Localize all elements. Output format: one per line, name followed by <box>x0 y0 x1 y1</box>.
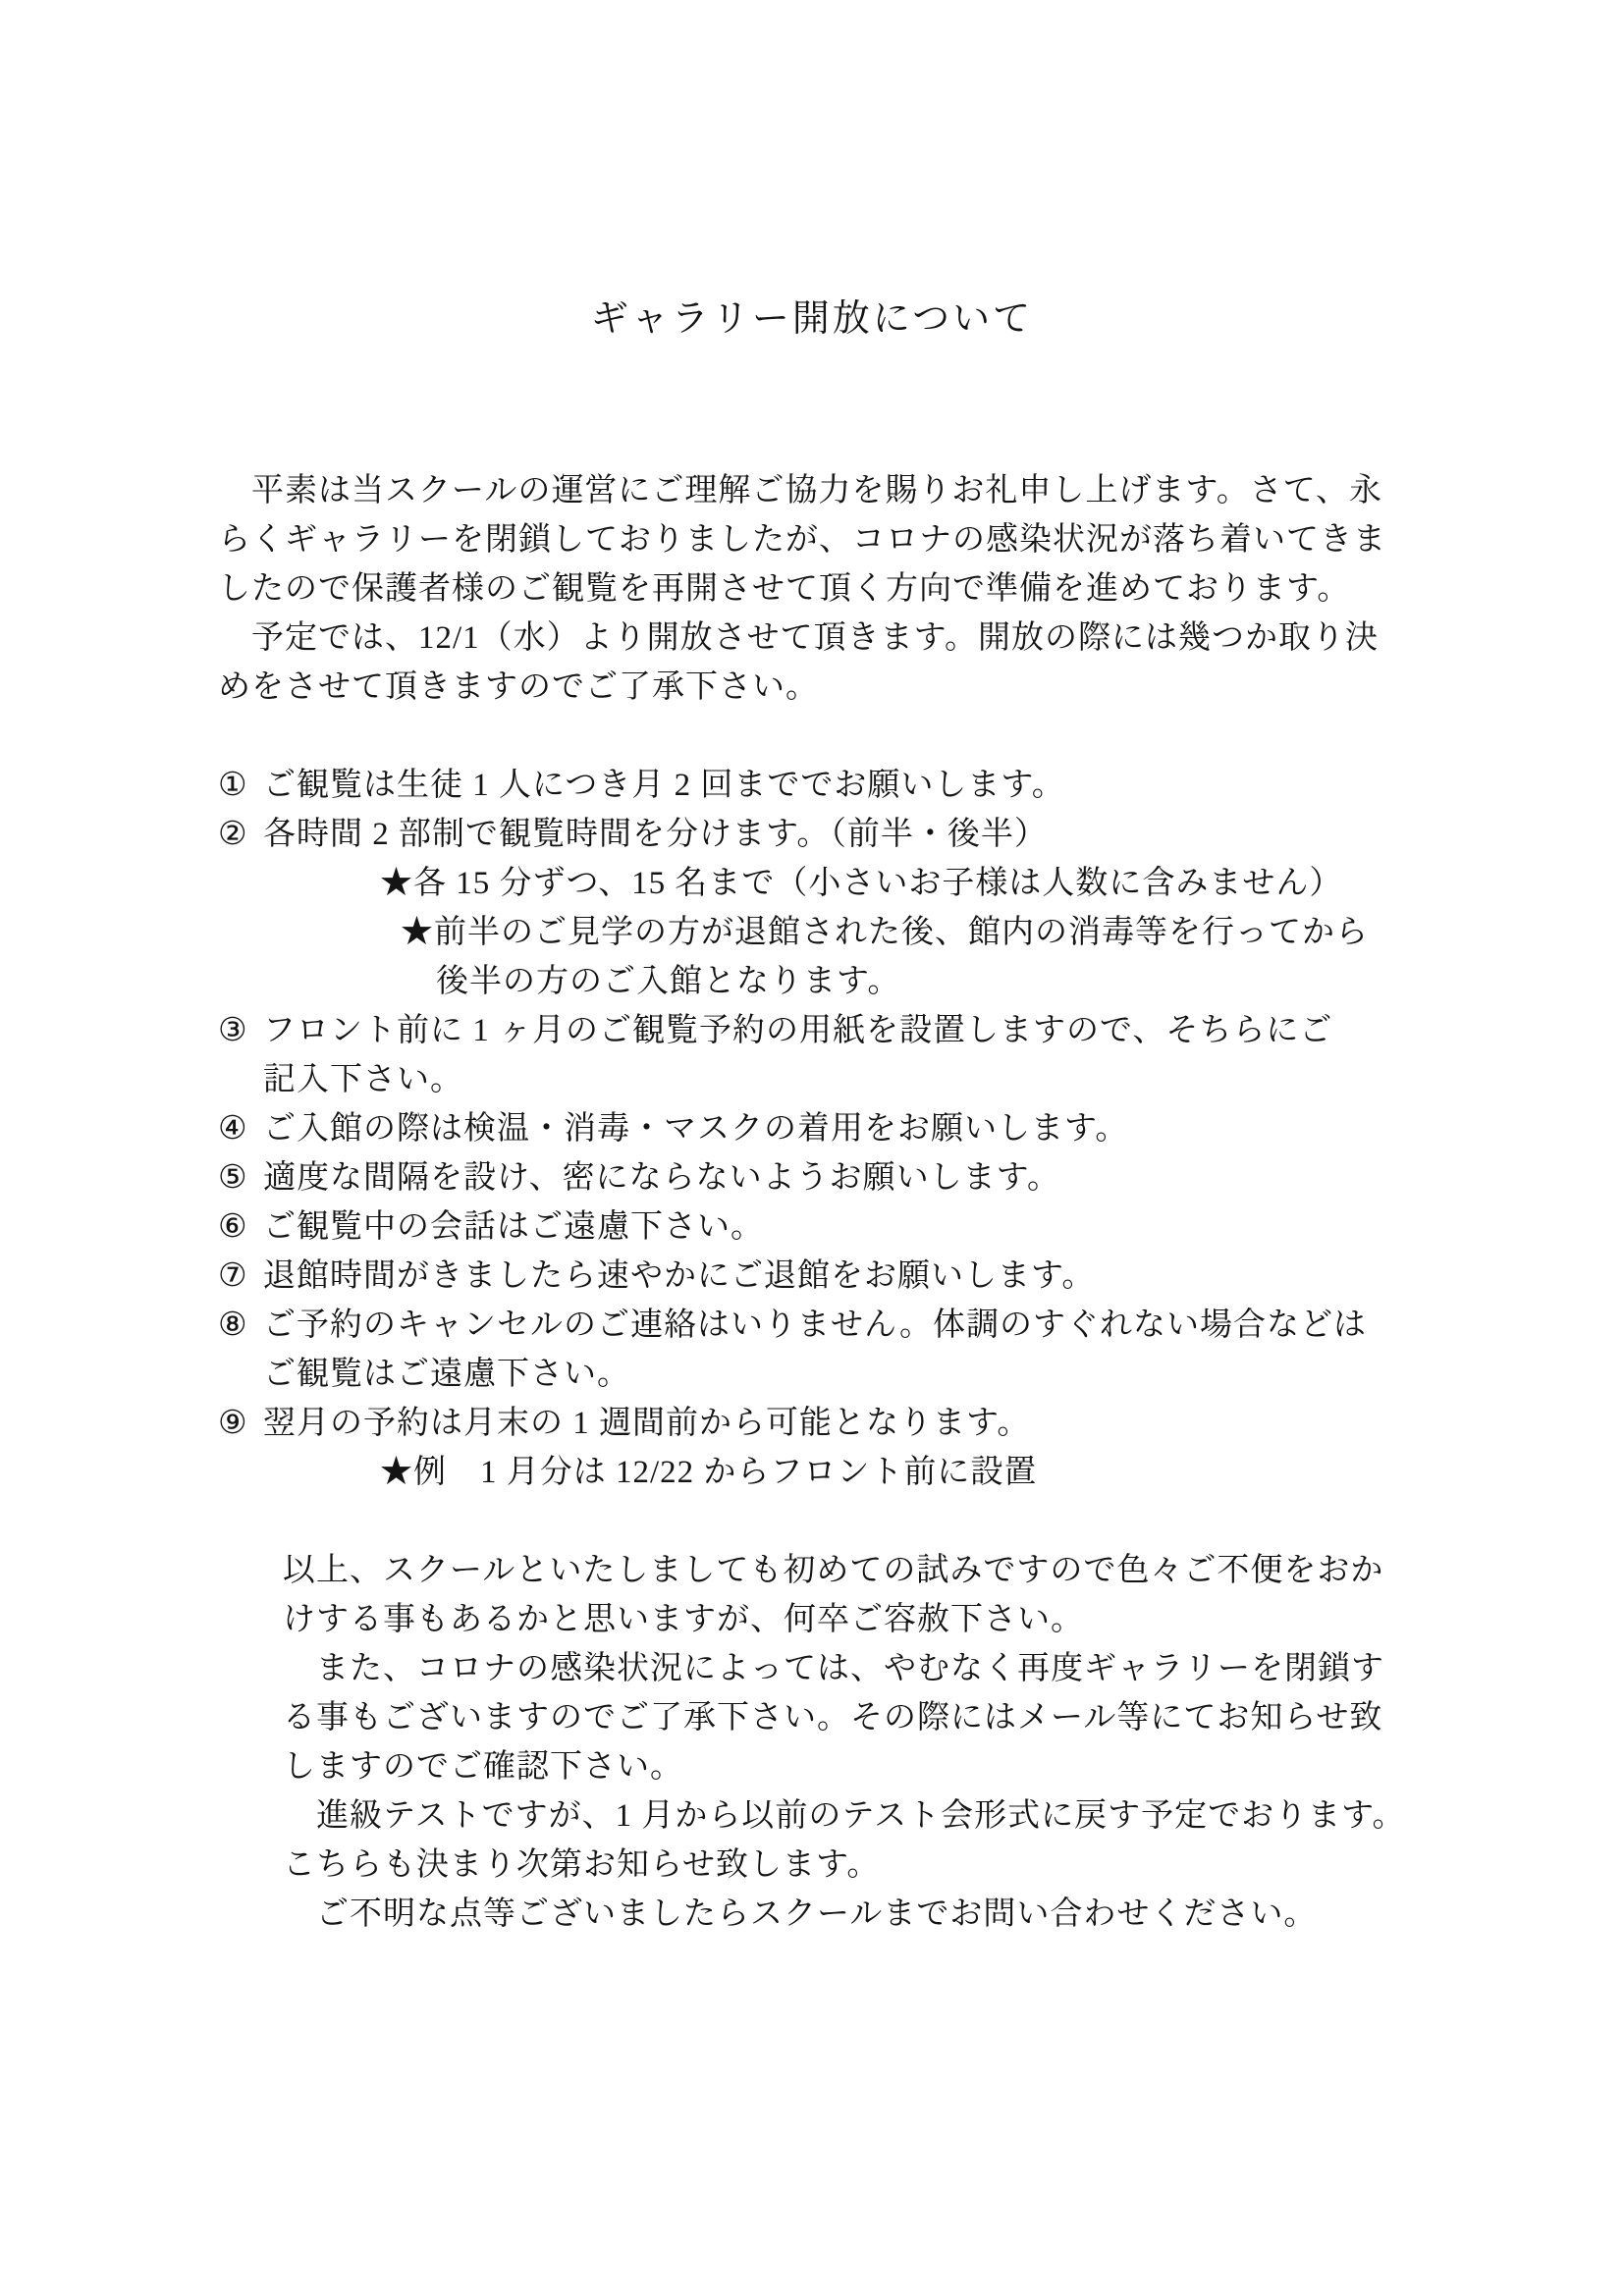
closing-paragraph: また、コロナの感染状況によっては、やむなく再度ギャラリーを閉鎖す る事もございま… <box>283 1644 1406 1791</box>
rule-number: ③ <box>218 1006 263 1055</box>
rule-item: ⑥ご観覧中の会話はご遠慮下さい。 <box>218 1202 1406 1252</box>
rule-item: ⑧ご予約のキャンセルのご連絡はいりません。体調のすぐれない場合などは ご観覧はご… <box>218 1301 1406 1399</box>
rule-text: 適度な間隔を設け、密にならないようお願いします。 <box>263 1153 1060 1202</box>
document-page: ギャラリー開放について 平素は当スクールの運営にご理解ご協力を賜りお礼申し上げま… <box>218 0 1406 1939</box>
rule-number: ① <box>218 761 263 810</box>
rule-item: ⑦退館時間がきましたら速やかにご退館をお願いします。 <box>218 1252 1406 1301</box>
rule-text: ご観覧中の会話はご遠慮下さい。 <box>263 1202 764 1252</box>
rule-item: ①ご観覧は生徒 1 人につき月 2 回まででお願いします。 <box>218 761 1406 810</box>
rule-item: ②各時間 2 部制で観覧時間を分けます。（前半・後半） <box>218 810 1406 859</box>
rule-text: 退館時間がきましたら速やかにご退館をお願いします。 <box>263 1252 1095 1301</box>
rule-item: ⑨翌月の予約は月末の 1 週間前から可能となります。 <box>218 1399 1406 1448</box>
rule-text: 各時間 2 部制で観覧時間を分けます。（前半・後半） <box>263 810 1048 859</box>
closing-paragraph: ご不明な点等ございましたらスクールまでお問い合わせください。 <box>283 1890 1406 1939</box>
rule-item: ③フロント前に 1 ヶ月のご観覧予約の用紙を設置しますので、そちらにご 記入下さ… <box>218 1006 1406 1104</box>
rule-number: ⑧ <box>218 1301 263 1350</box>
rule-text: ご入館の際は検温・消毒・マスクの着用をお願いします。 <box>263 1104 1128 1153</box>
closing-paragraph: 進級テストですが、1 月から以前のテスト会形式に戻す予定でおります。 こちらも決… <box>283 1791 1406 1890</box>
rule-text: ご予約のキャンセルのご連絡はいりません。体調のすぐれない場合などは ご観覧はご遠… <box>263 1301 1367 1399</box>
rule-note: ★前半のご見学の方が退館された後、館内の消毒等を行ってから 後半の方のご入館とな… <box>401 908 1406 1006</box>
star-bullet-icon: ★ <box>380 1455 413 1490</box>
star-bullet-icon: ★ <box>401 915 434 950</box>
note-text: 例 1 月分は 12/22 からフロント前に設置 <box>413 1455 1037 1490</box>
rule-text: ご観覧は生徒 1 人につき月 2 回まででお願いします。 <box>263 761 1065 810</box>
note-text: 前半のご見学の方が退館された後、館内の消毒等を行ってから 後半の方のご入館となり… <box>434 915 1369 999</box>
note-text: 各 15 分ずつ、15 名まで（小さいお子様は人数に含みません） <box>413 866 1342 901</box>
rule-text: 翌月の予約は月末の 1 週間前から可能となります。 <box>263 1399 1030 1448</box>
intro-section: 平素は当スクールの運営にご理解ご協力を賜りお礼申し上げます。さて、永 らくギャラ… <box>218 466 1406 712</box>
page-title: ギャラリー開放について <box>218 294 1406 344</box>
rule-item: ⑤適度な間隔を設け、密にならないようお願いします。 <box>218 1153 1406 1202</box>
rule-number: ⑥ <box>218 1202 263 1252</box>
closing-section: 以上、スクールといたしましても初めての試みですので色々ご不便をおか けする事もあ… <box>283 1546 1406 1939</box>
rule-number: ④ <box>218 1104 263 1153</box>
rule-note: ★各 15 分ずつ、15 名まで（小さいお子様は人数に含みません） <box>380 859 1406 908</box>
rule-note: ★例 1 月分は 12/22 からフロント前に設置 <box>380 1448 1406 1497</box>
intro-paragraph: 平素は当スクールの運営にご理解ご協力を賜りお礼申し上げます。さて、永 らくギャラ… <box>218 466 1406 614</box>
star-bullet-icon: ★ <box>380 866 413 901</box>
rule-item: ④ご入館の際は検温・消毒・マスクの着用をお願いします。 <box>218 1104 1406 1153</box>
rule-number: ⑨ <box>218 1399 263 1448</box>
rule-number: ② <box>218 810 263 859</box>
rule-number: ⑤ <box>218 1153 263 1202</box>
intro-paragraph: 予定では、12/1（水）より開放させて頂きます。開放の際には幾つか取り決 めをさ… <box>218 614 1406 712</box>
rule-text: フロント前に 1 ヶ月のご観覧予約の用紙を設置しますので、そちらにご 記入下さい… <box>263 1006 1332 1104</box>
rules-list: ①ご観覧は生徒 1 人につき月 2 回まででお願いします。②各時間 2 部制で観… <box>218 761 1406 1497</box>
closing-paragraph: 以上、スクールといたしましても初めての試みですので色々ご不便をおか けする事もあ… <box>283 1546 1406 1644</box>
rule-number: ⑦ <box>218 1252 263 1301</box>
